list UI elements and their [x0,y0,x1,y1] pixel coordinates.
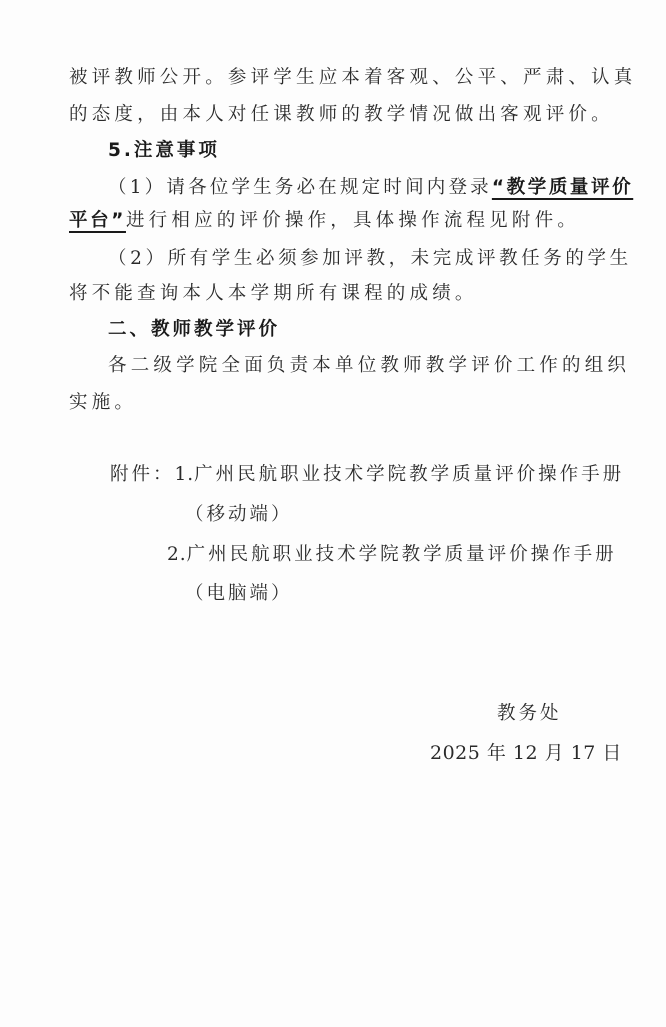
teacher-evaluation-line-2: 实施。 [69,391,137,415]
notes-item-1-line-1: （1）请各位学生务必在规定时间内登录“教学质量评价 [108,176,633,200]
notes-heading: 5.注意事项 [108,139,220,163]
attachments-label: 附件： [110,464,175,485]
attachment-2-subtitle: （电脑端） [185,582,293,606]
teacher-evaluation-heading: 二、教师教学评价 [108,318,280,342]
attachment-2-title[interactable]: 广州民航职业技术学院教学质量评价操作手册 [187,544,617,565]
attachment-2-number: 2. [167,544,187,565]
attachment-1-title[interactable]: 广州民航职业技术学院教学质量评价操作手册 [194,464,624,485]
notes-item-1-prefix: （1）请各位学生务必在规定时间内登录 [108,177,492,198]
notes-item-2-line-1: （2）所有学生必须参加评教，未完成评教任务的学生 [108,247,632,271]
evaluation-paragraph-line-2: 的态度，由本人对任课教师的教学情况做出客观评价。 [69,103,614,127]
notes-item-2-line-2: 将不能查询本人本学期所有课程的成绩。 [69,282,478,306]
notes-item-1-suffix: 进行相应的评价操作，具体操作流程见附件。 [126,210,580,231]
signature-date: 2025 年 12 月 17 日 [430,741,622,765]
evaluation-paragraph-line-1: 被评教师公开。参评学生应本着客观、公平、严肃、认真 [69,66,637,90]
attachment-2: 2.广州民航职业技术学院教学质量评价操作手册 [167,543,617,567]
notes-item-1-line-2: 平台”进行相应的评价操作，具体操作流程见附件。 [69,209,580,233]
signature-department: 教务处 [497,702,562,726]
evaluation-platform-link-continued[interactable]: 平台” [69,210,126,231]
evaluation-platform-link[interactable]: “教学质量评价 [492,177,633,198]
teacher-evaluation-line-1: 各二级学院全面负责本单位教师教学评价工作的组织 [108,354,630,378]
attachment-1-number: 1. [175,464,195,485]
attachment-1-subtitle: （移动端） [185,503,293,527]
attachment-1: 附件：1.广州民航职业技术学院教学质量评价操作手册 [110,463,624,487]
